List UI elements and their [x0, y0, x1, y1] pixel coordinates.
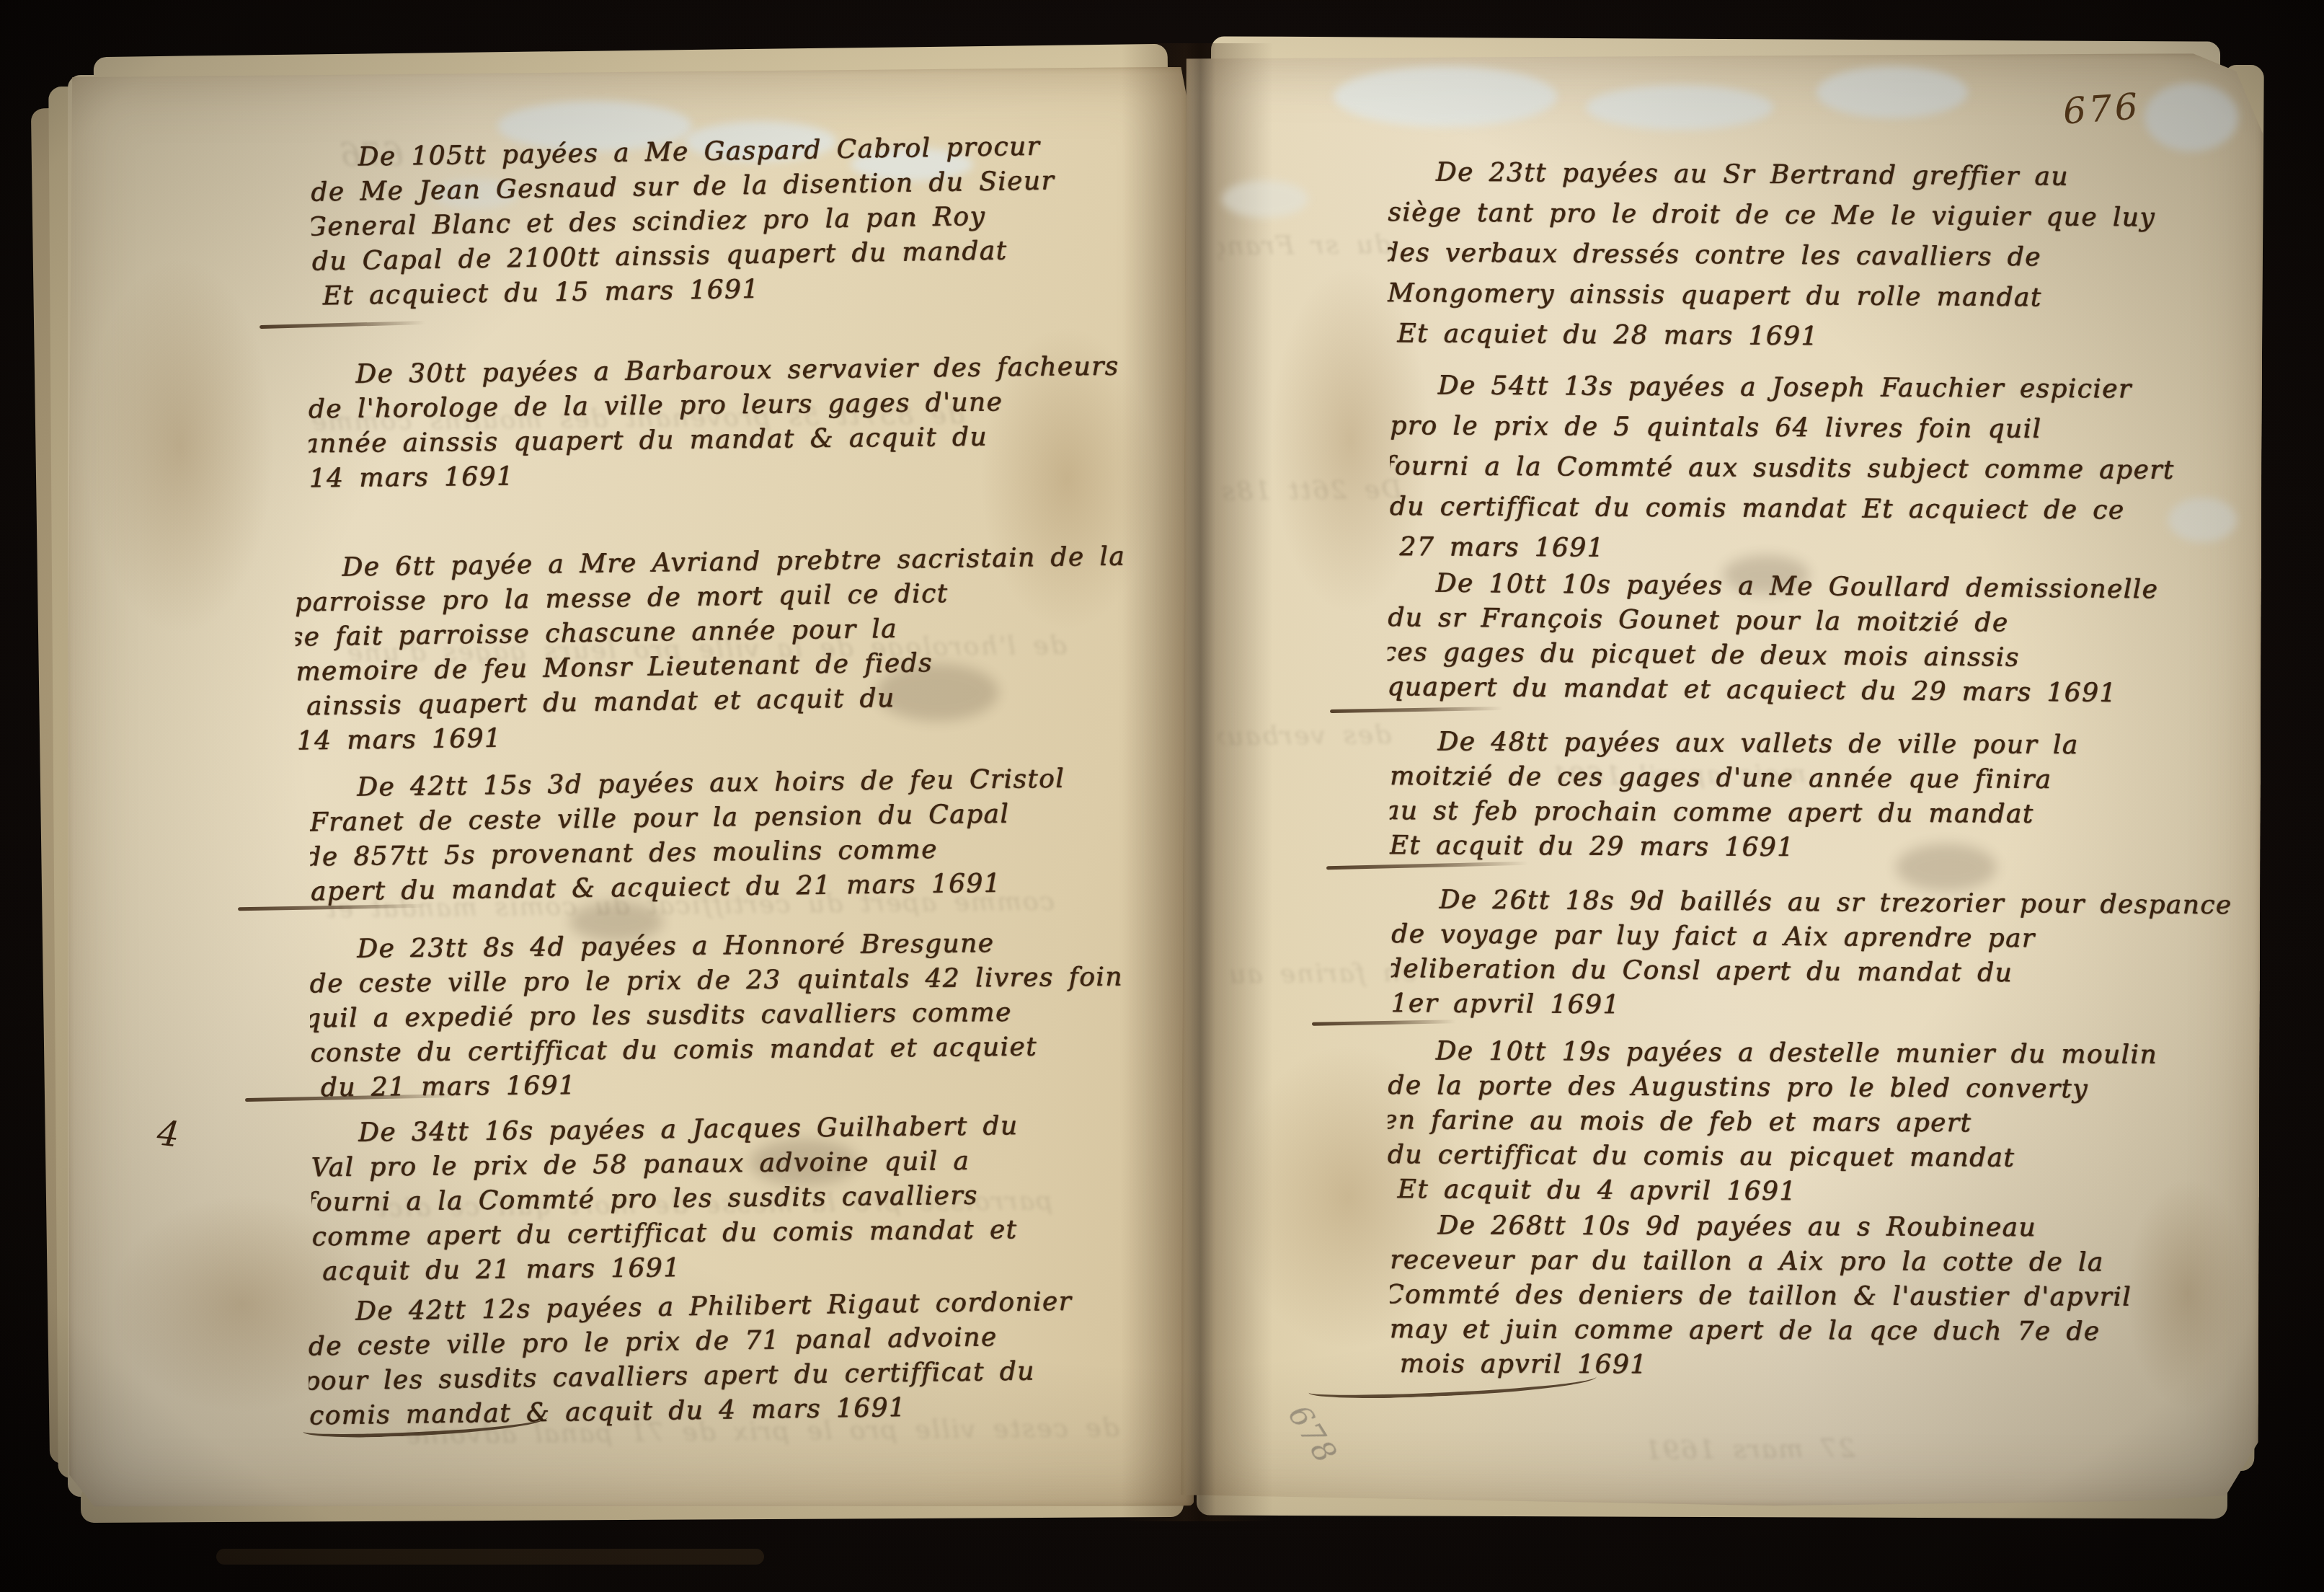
ledger-entry: De 34tt 16s payées a Jacques Guilhabert …: [311, 1107, 1174, 1290]
entry-line: pro le prix de 5 quintals 64 livres foin…: [1390, 406, 2230, 451]
entry-line: Commté des deniers de taillon & l'austie…: [1390, 1278, 2230, 1315]
entry-line: de voyage par luy faict a Aix aprendre p…: [1391, 917, 2231, 958]
ledger-entry: De 268tt 10s 9d payées au s Roubineau re…: [1390, 1208, 2230, 1384]
entry-line: De 23tt payées au Sr Bertrand greffier a…: [1436, 152, 2228, 198]
entry-line: siège tant pro le droit de ce Me le vigu…: [1388, 193, 2227, 239]
entry-line: moitzié de ces gages d'une année que fin…: [1390, 759, 2230, 798]
paper-repair-patch: [1817, 66, 1968, 118]
entry-line: Mongomery ainssis quapert du rolle manda…: [1387, 273, 2227, 319]
ledger-entry: De 42tt 12s payées a Philibert Rigaut co…: [308, 1283, 1171, 1434]
entry-line: Et acquiet du 28 mars 1691: [1397, 314, 2227, 360]
paper-repair-patch: [1334, 66, 1557, 127]
paper-repair-patch: [2145, 83, 2238, 151]
paper-repair-patch: [1222, 180, 1308, 218]
ledger-entry: De 26tt 18s 9d baillés au sr trezorier p…: [1391, 883, 2231, 1027]
ledger-entry: De 10tt 10s payées a Me Goullard demissi…: [1387, 566, 2228, 712]
entry-line: des verbaux dressés contre les cavallier…: [1387, 233, 2227, 279]
ledger-entry: De 105tt payées a Me Gaspard Cabrol proc…: [310, 128, 1174, 314]
entry-line: De 48tt payées aux vallets de ville pour…: [1437, 725, 2230, 764]
ledger-entry: De 42tt 15s 3d payées aux hoirs de feu C…: [309, 761, 1172, 910]
entry-line: De 268tt 10s 9d payées au s Roubineau: [1437, 1208, 2230, 1246]
entry-line: De 54tt 13s payées a Joseph Fauchier esp…: [1437, 366, 2230, 410]
entry-line: De 26tt 18s 9d baillés au sr trezorier p…: [1439, 883, 2231, 923]
entry-line: de la porte des Augustins pro le bled co…: [1388, 1069, 2227, 1107]
page-stack-edge: [216, 1549, 764, 1565]
ledger-entry: De 6tt payée a Mre Avriand prebtre sacri…: [294, 539, 1158, 759]
entry-line: deliberation du Consl apert du mandat du: [1391, 952, 2231, 992]
paper-repair-patch: [1586, 85, 1773, 130]
entry-line: 1er apvril 1691: [1391, 986, 2230, 1027]
entry-line: du certifficat du comis mandat Et acquie…: [1390, 487, 2230, 531]
entry-line: en farine au mois de feb et mars apert: [1387, 1103, 2227, 1142]
margin-mark: 4: [155, 1113, 181, 1156]
entry-line: receveur par du taillon a Aix pro la cot…: [1390, 1243, 2230, 1281]
entry-line: Et acquit du 4 apvril 1691: [1397, 1172, 2227, 1211]
ledger-entry: De 48tt payées aux vallets de ville pour…: [1390, 725, 2230, 867]
folio-number: 676: [2062, 85, 2142, 132]
entry-line: De 10tt 19s payées a destelle munier du …: [1435, 1034, 2227, 1073]
ledger-entry: De 10tt 19s payées a destelle munier du …: [1387, 1034, 2227, 1211]
entry-line: fourni a la Commté aux susdits subject c…: [1389, 446, 2230, 491]
entry-line: may et juin comme apert de la qce duch 7…: [1390, 1312, 2230, 1350]
ledger-entry: De 23tt 8s 4d payées a Honnoré Bresgune …: [309, 925, 1172, 1105]
ledger-entry: De 30tt payées a Barbaroux servavier des…: [308, 349, 1171, 497]
entry-line: du certifficat du comis au picquet manda…: [1388, 1138, 2227, 1177]
entry-line: quapert du mandat et acquiect du 29 mars…: [1387, 670, 2227, 712]
ledger-entry: De 23tt payées au Sr Bertrand greffier a…: [1387, 152, 2228, 360]
entry-line: au st feb prochain comme apert du mandat: [1390, 794, 2230, 833]
ledger-entry: De 54tt 13s payées a Joseph Fauchier esp…: [1389, 366, 2230, 572]
paper-stain: [86, 258, 275, 634]
manuscript-scan: 676 de 857tt 5s provenant des moulins co…: [0, 0, 2324, 1592]
entry-line: 27 mars 1691: [1399, 527, 2229, 572]
